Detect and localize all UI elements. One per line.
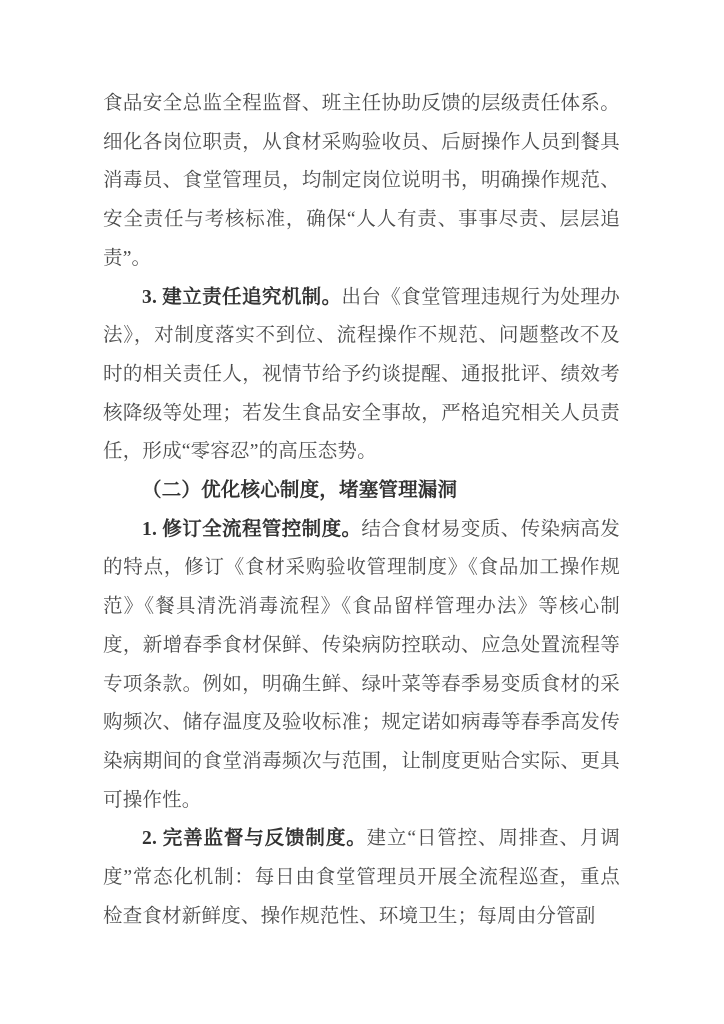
- paragraph-text: 出台《食堂管理违规行为处理办法》，对制度落实不到位、流程操作不规范、问题整改不及…: [103, 287, 620, 463]
- paragraph-lead: 3. 建立责任追究机制。: [142, 287, 341, 308]
- paragraph-lead: 2. 完善监督与反馈制度。: [142, 828, 367, 849]
- paragraph-item-3: 3. 建立责任追究机制。出台《食堂管理违规行为处理办法》，对制度落实不到位、流程…: [103, 279, 620, 473]
- paragraph-item-2: 2. 完善监督与反馈制度。建立“日管控、周排查、月调度”常态化机制：每日由食堂管…: [103, 820, 620, 936]
- paragraph-lead: 1. 修订全流程管控制度。: [142, 519, 361, 540]
- paragraph-item-1: 1. 修订全流程管控制度。结合食材易变质、传染病高发的特点，修订《食材采购验收管…: [103, 511, 620, 821]
- paragraph-text: 结合食材易变质、传染病高发的特点，修订《食材采购验收管理制度》《食品加工操作规范…: [103, 519, 620, 811]
- paragraph-continuation: 食品安全总监全程监督、班主任协助反馈的层级责任体系。细化各岗位职责，从食材采购验…: [103, 85, 620, 279]
- section-heading-text: （二）优化核心制度，堵塞管理漏洞: [142, 480, 457, 501]
- section-heading: （二）优化核心制度，堵塞管理漏洞: [103, 472, 620, 511]
- document-body: 食品安全总监全程监督、班主任协助反馈的层级责任体系。细化各岗位职责，从食材采购验…: [103, 85, 620, 936]
- document-page: 食品安全总监全程监督、班主任协助反馈的层级责任体系。细化各岗位职责，从食材采购验…: [0, 0, 724, 1024]
- paragraph-text: 食品安全总监全程监督、班主任协助反馈的层级责任体系。细化各岗位职责，从食材采购验…: [103, 93, 620, 269]
